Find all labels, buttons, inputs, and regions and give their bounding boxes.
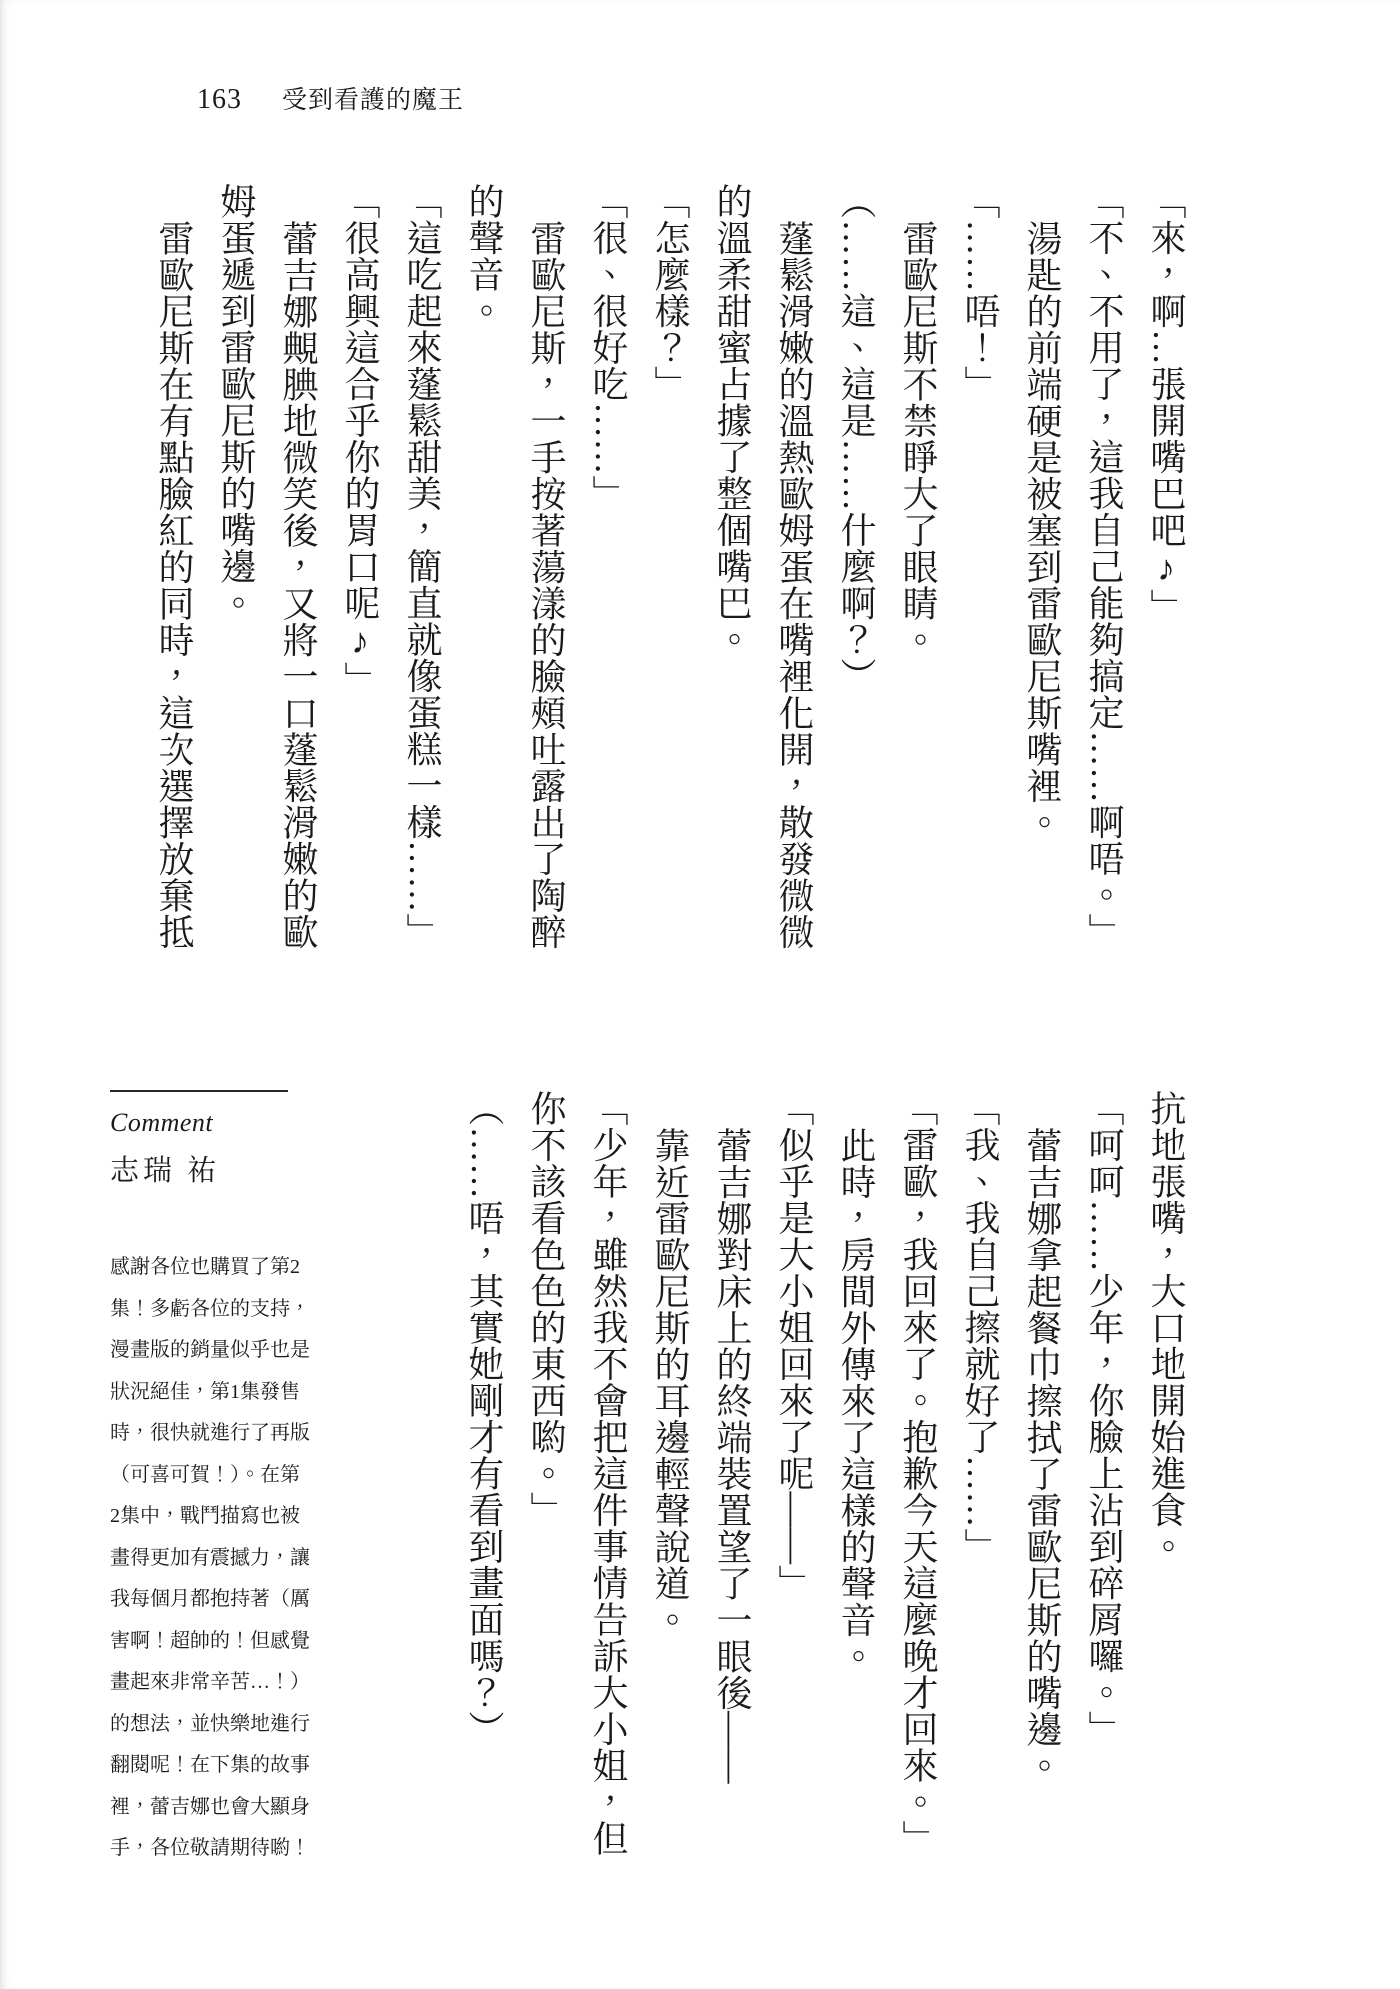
- author-comment-box: Comment 志瑞 祐 感謝各位也購買了第2集！多虧各位的支持，漫畫版的銷量似…: [110, 1090, 315, 1870]
- text-column: 抗地張嘴，大口地開始進食。: [1135, 1090, 1197, 1858]
- comment-line: 畫起來非常辛苦…！）: [110, 1662, 315, 1704]
- vertical-text-band-upper: 「來，啊…張開嘴巴吧♪」「不、不用了，這我自己能夠搞定……啊唔。」湯匙的前端硬是…: [143, 183, 1197, 951]
- text-column: 「似乎是大小姐回來了呢——」: [763, 1090, 825, 1858]
- comment-line: （可喜可賀！）。在第: [110, 1455, 315, 1497]
- text-column: 蕾吉娜拿起餐巾擦拭了雷歐尼斯的嘴邊。: [1011, 1090, 1073, 1858]
- text-column: 姆蛋遞到雷歐尼斯的嘴邊。: [205, 183, 267, 951]
- text-column: 蓬鬆滑嫩的溫熱歐姆蛋在嘴裡化開，散發微微: [763, 183, 825, 951]
- comment-line: 集！多虧各位的支持，: [110, 1289, 315, 1331]
- comment-author-name: 志瑞 祐: [110, 1148, 315, 1189]
- comment-line: 時，很快就進行了再版: [110, 1413, 315, 1455]
- comment-divider: [110, 1090, 288, 1092]
- text-column: 「呵呵……少年，你臉上沾到碎屑囉。」: [1073, 1090, 1135, 1858]
- text-column: 「我、我自己擦就好了……」: [949, 1090, 1011, 1858]
- text-column: 「很高興這合乎你的胃口呢♪」: [329, 183, 391, 951]
- comment-label: Comment: [110, 1108, 315, 1138]
- text-column: 雷歐尼斯在有點臉紅的同時，這次選擇放棄抵: [143, 183, 205, 951]
- text-column: 「來，啊…張開嘴巴吧♪」: [1135, 183, 1197, 951]
- text-column: 「這吃起來蓬鬆甜美，簡直就像蛋糕一樣……」: [391, 183, 453, 951]
- comment-line: 翻閱呢！在下集的故事: [110, 1745, 315, 1787]
- text-column: 「少年，雖然我不會把這件事情告訴大小姐，但: [577, 1090, 639, 1858]
- book-page: 163 受到看護的魔王 「來，啊…張開嘴巴吧♪」「不、不用了，這我自己能夠搞定……: [0, 0, 1400, 1989]
- text-column: 此時，房間外傳來了這樣的聲音。: [825, 1090, 887, 1858]
- comment-line: 漫畫版的銷量似乎也是: [110, 1330, 315, 1372]
- comment-line: 狀況絕佳，第1集發售: [110, 1372, 315, 1414]
- text-column: （……這、這是……什麼啊？）: [825, 183, 887, 951]
- comment-line: 畫得更加有震撼力，讓: [110, 1538, 315, 1580]
- text-column: 的聲音。: [453, 183, 515, 951]
- text-column: 的溫柔甜蜜占據了整個嘴巴。: [701, 183, 763, 951]
- page-number: 163: [197, 84, 242, 116]
- comment-line: 我每個月都抱持著（厲: [110, 1579, 315, 1621]
- comment-line: 感謝各位也購買了第2: [110, 1247, 315, 1289]
- text-column: 蕾吉娜對床上的終端裝置望了一眼後——: [701, 1090, 763, 1858]
- text-column: 「怎麼樣？」: [639, 183, 701, 951]
- text-column: 蕾吉娜覥腆地微笑後，又將一口蓬鬆滑嫩的歐: [267, 183, 329, 951]
- text-column: 湯匙的前端硬是被塞到雷歐尼斯嘴裡。: [1011, 183, 1073, 951]
- running-header: 163 受到看護的魔王: [197, 80, 464, 116]
- text-column: （……唔，其實她剛才有看到畫面嗎？）: [453, 1090, 515, 1858]
- chapter-title: 受到看護的魔王: [282, 80, 464, 116]
- text-column: 靠近雷歐尼斯的耳邊輕聲說道。: [639, 1090, 701, 1858]
- comment-line: 裡，蕾吉娜也會大顯身: [110, 1787, 315, 1829]
- text-column: 雷歐尼斯，一手按著蕩漾的臉頰吐露出了陶醉: [515, 183, 577, 951]
- comment-line: 害啊！超帥的！但感覺: [110, 1621, 315, 1663]
- text-column: 「……唔！」: [949, 183, 1011, 951]
- text-column: 雷歐尼斯不禁睜大了眼睛。: [887, 183, 949, 951]
- text-column: 你不該看色色的東西喲。」: [515, 1090, 577, 1858]
- comment-line: 手，各位敬請期待喲！: [110, 1828, 315, 1870]
- comment-body: 感謝各位也購買了第2集！多虧各位的支持，漫畫版的銷量似乎也是狀況絕佳，第1集發售…: [110, 1247, 315, 1870]
- text-column: 「不、不用了，這我自己能夠搞定……啊唔。」: [1073, 183, 1135, 951]
- text-column: 「很、很好吃……」: [577, 183, 639, 951]
- text-column: 「雷歐，我回來了。抱歉今天這麼晚才回來。」: [887, 1090, 949, 1858]
- comment-line: 的想法，並快樂地進行: [110, 1704, 315, 1746]
- vertical-text-band-lower: 抗地張嘴，大口地開始進食。「呵呵……少年，你臉上沾到碎屑囉。」蕾吉娜拿起餐巾擦拭…: [453, 1090, 1197, 1858]
- comment-line: 2集中，戰鬥描寫也被: [110, 1496, 315, 1538]
